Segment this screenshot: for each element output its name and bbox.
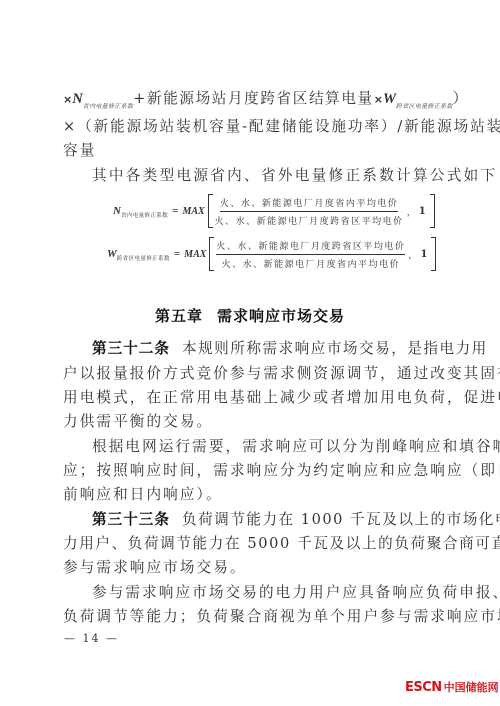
logo-cn: 中国储能网	[444, 679, 499, 695]
variable-w: W	[383, 91, 396, 107]
escn-logo: ESCN中国储能网	[405, 679, 499, 695]
article-32-line-1: 第三十二条本规则所称需求响应市场交易，是指电力用	[92, 339, 439, 359]
equals-sign: =	[172, 205, 178, 217]
variable-n: N	[72, 91, 83, 107]
max-function: MAX	[184, 249, 206, 260]
formula-lhs: N省内电量修正系数	[113, 205, 168, 217]
paragraph-response-types-line-2: 应；按照响应时间，需求响应分为约定响应和应急响应（即日	[63, 461, 439, 481]
denominator: 火、水、新能源电厂月度跨省区平均电价	[215, 212, 404, 227]
chapter-title: 需求响应市场交易	[217, 307, 345, 325]
paragraph-capabilities-line-2: 负荷调节等能力；负荷聚合商视为单个用户参与需求响应市场	[63, 607, 439, 627]
formula-continuation-line-2: ×（新能源场站装机容量-配建储能设施功率）/新能源场站装机	[63, 117, 439, 137]
denominator: 火、水、新能源电厂月度省内平均电价	[222, 255, 401, 270]
subscript-w: 跨省区电量修正系数	[396, 103, 453, 110]
subscript-n: 省内电量修正系数	[83, 103, 133, 110]
formula-n: N省内电量修正系数 = MAX 火、水、新能源电厂月度省内平均电价 火、水、新能…	[113, 193, 435, 229]
page-number: — 14 —	[64, 632, 119, 645]
article-32-line-3: 用电模式，在正常用电基础上减少或者增加用电负荷，促进电	[63, 388, 439, 408]
multiply-sign: ×	[374, 93, 383, 106]
numerator: 火、水、新能源电厂月度省内平均电价	[220, 196, 399, 212]
paragraph-response-types-line-1: 根据电网运行需要，需求响应可以分为削峰响应和填谷响	[92, 437, 439, 457]
paragraph-capabilities-line-1: 参与需求响应市场交易的电力用户应具备响应负荷申报、	[92, 583, 439, 603]
logo-en: ESCN	[405, 680, 442, 695]
bracket-group: 火、水、新能源电厂月度省内平均电价 火、水、新能源电厂月度跨省区平均电价 ， 1	[208, 194, 435, 228]
fraction: 火、水、新能源电厂月度省内平均电价 火、水、新能源电厂月度跨省区平均电价	[208, 196, 406, 227]
formula-continuation-line-1: ×N省内电量修正系数+新能源场站月度跨省区结算电量×W跨省区电量修正系数）	[63, 89, 439, 112]
close-paren: ）	[453, 90, 469, 107]
formula-lhs: W跨省区电量修正系数	[107, 248, 170, 260]
paragraph-response-types-line-3: 前响应和日内响应）。	[63, 485, 439, 505]
chapter-number: 第五章	[155, 307, 203, 325]
fraction: 火、水、新能源电厂月度跨省区平均电价 火、水、新能源电厂月度省内平均电价	[209, 239, 407, 270]
article-32-line-4: 力供需平衡的交易。	[63, 412, 439, 432]
article-33-line-2: 力用户、负荷调节能力在 5000 千瓦及以上的负荷聚合商可直接	[63, 534, 439, 554]
article-33-line-1: 第三十三条负荷调节能力在 1000 千瓦及以上的市场化电	[92, 510, 439, 530]
article-33-line-3: 参与需求响应市场交易。	[63, 558, 439, 578]
multiply-sign: ×	[63, 93, 72, 106]
article-label: 第三十三条	[92, 511, 170, 528]
second-argument: 1	[419, 206, 426, 217]
article-label: 第三十二条	[92, 340, 170, 357]
article-32-line-2: 户以报量报价方式竞价参与需求侧资源调节，通过改变其固有	[63, 364, 439, 384]
second-argument: 1	[420, 249, 427, 260]
equals-sign: =	[174, 248, 180, 260]
max-function: MAX	[182, 206, 204, 217]
formula-continuation-line-3: 容量	[63, 141, 439, 161]
chapter-heading: 第五章需求响应市场交易	[0, 305, 500, 326]
formula-w: W跨省区电量修正系数 = MAX 火、水、新能源电厂月度跨省区平均电价 火、水、…	[107, 236, 436, 272]
formula-text: +新能源场站月度跨省区结算电量	[133, 90, 374, 107]
intro-text: 其中各类型电源省内、省外电量修正系数计算公式如下：	[92, 166, 439, 186]
bracket-group: 火、水、新能源电厂月度跨省区平均电价 火、水、新能源电厂月度省内平均电价 ， 1	[209, 237, 436, 271]
numerator: 火、水、新能源电厂月度跨省区平均电价	[216, 239, 405, 255]
